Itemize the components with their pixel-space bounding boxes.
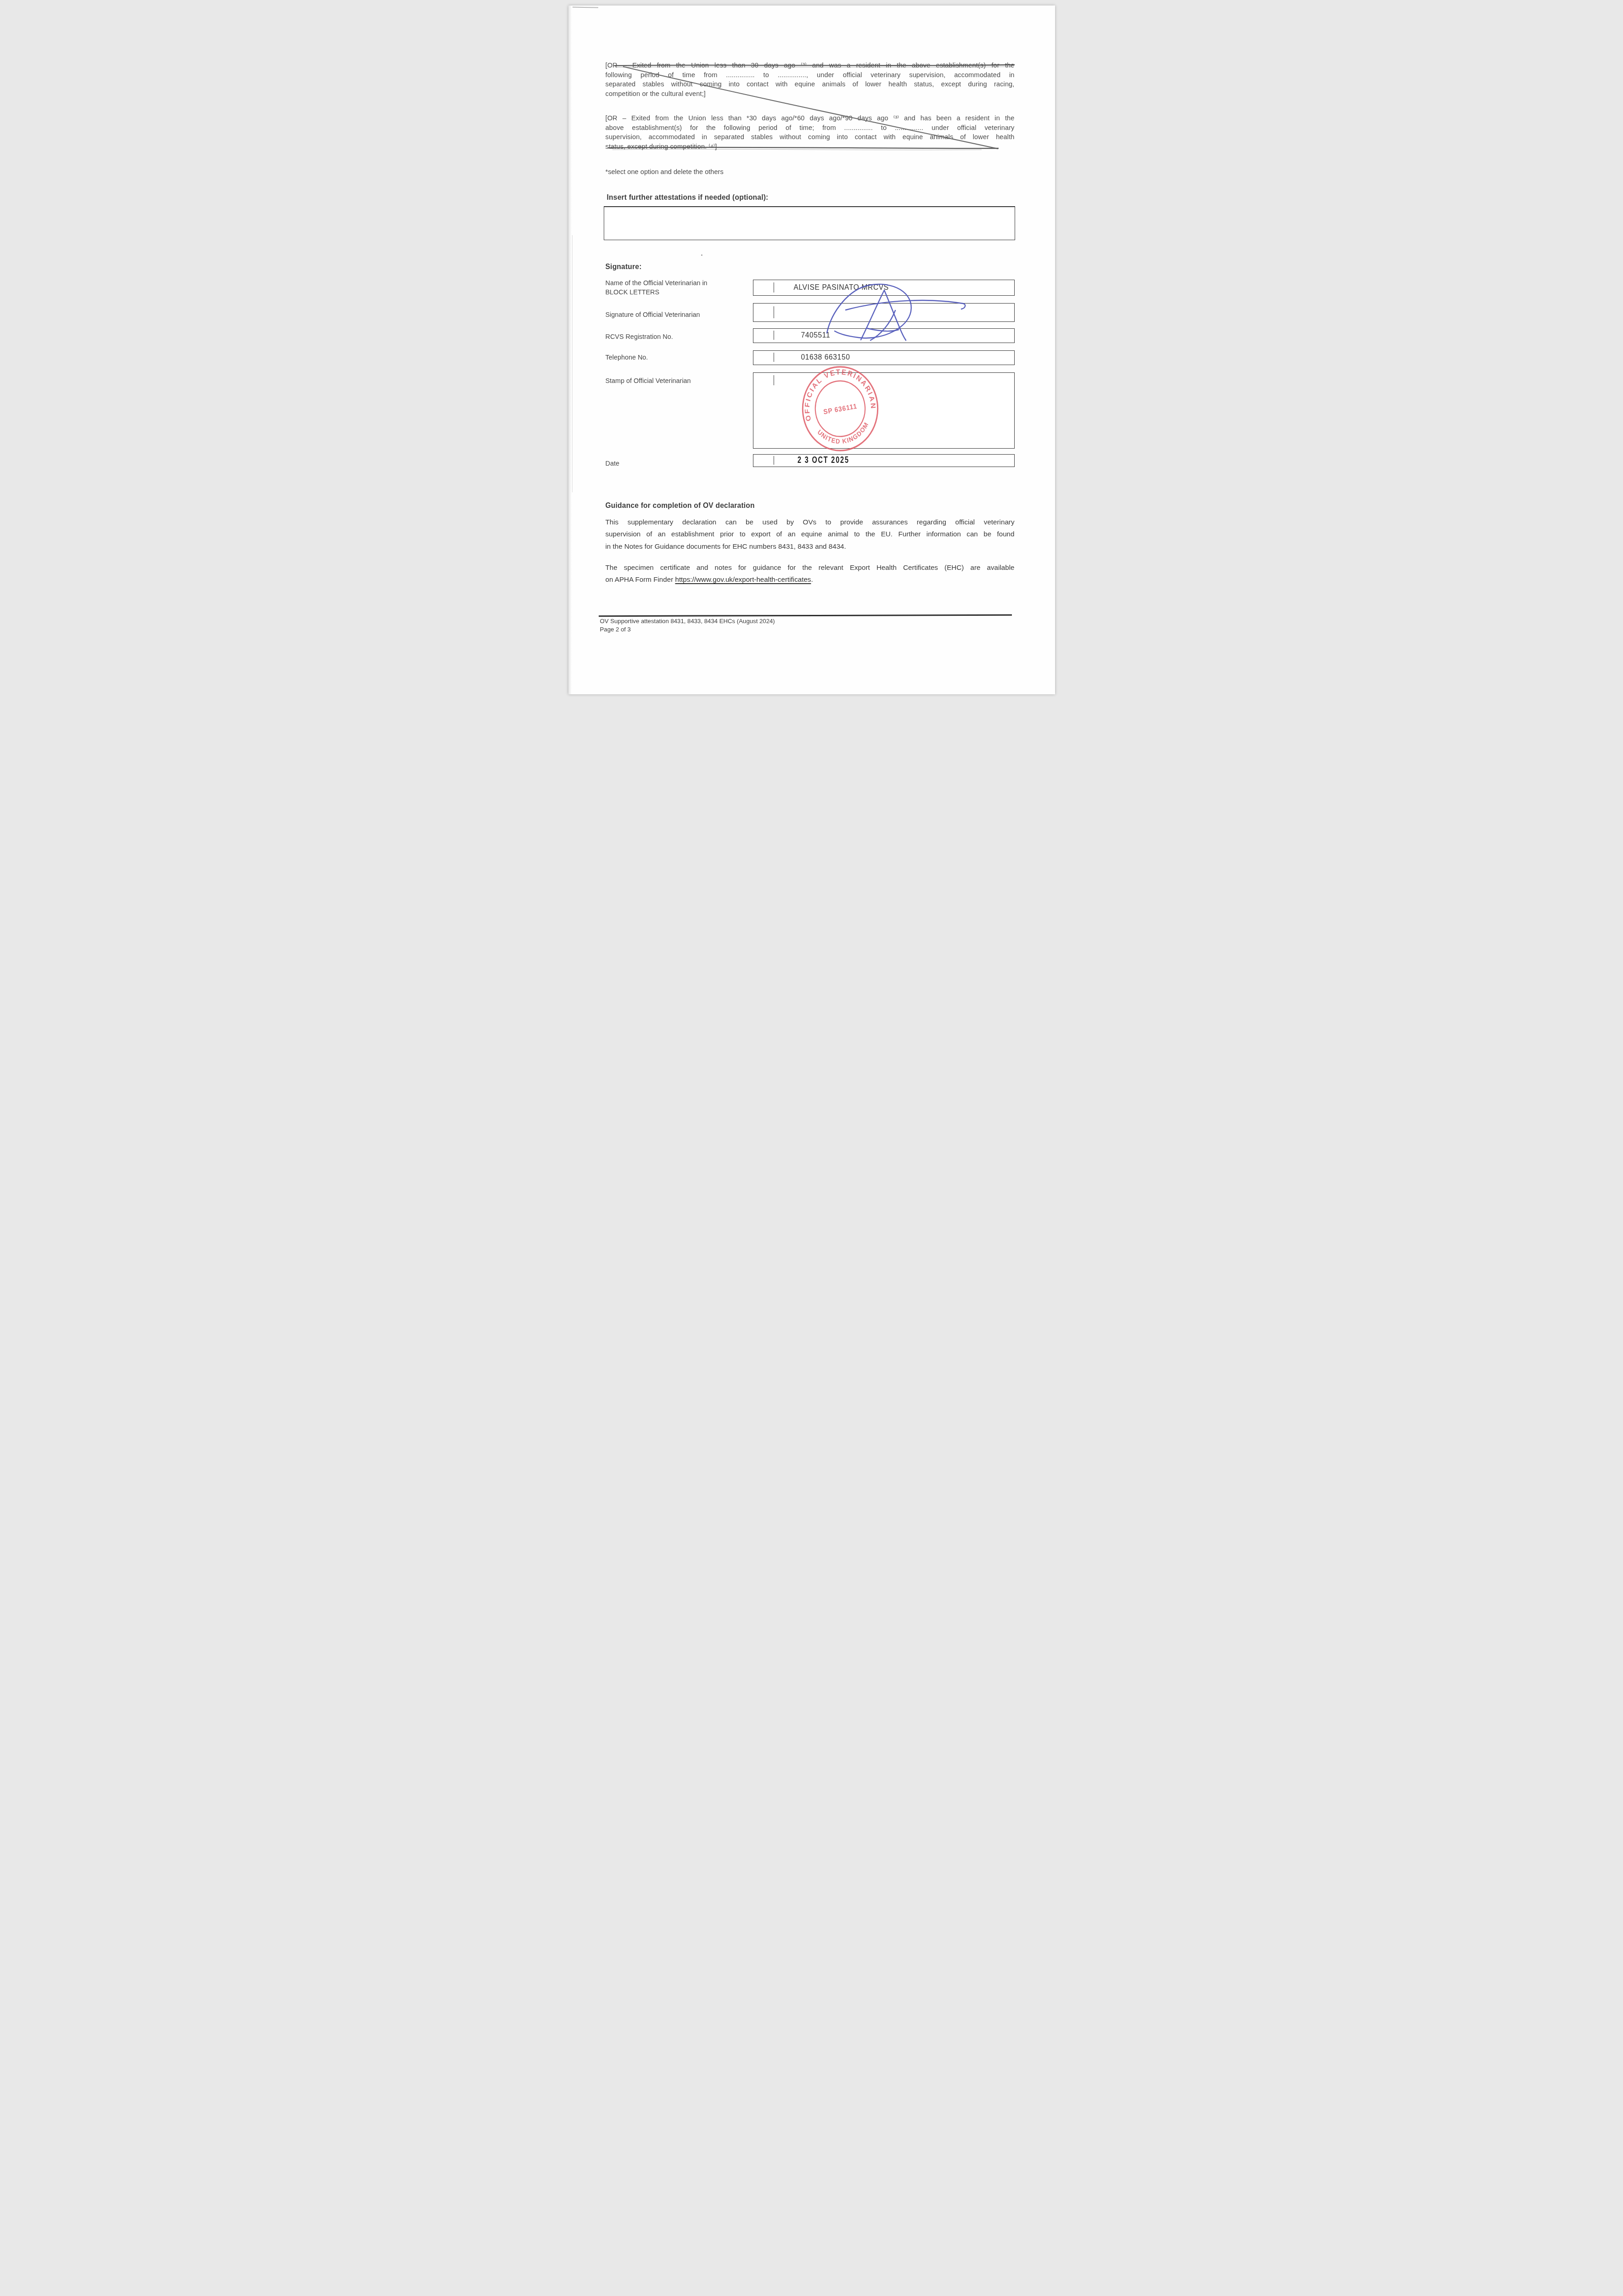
text-line: status, except during competition. ⁽⁴⁾] xyxy=(606,142,1015,152)
pen-annotations-overlay xyxy=(568,6,1055,694)
box-tick-mark xyxy=(774,331,775,340)
name-value: ALVISE PASINATO MRCVS xyxy=(794,284,889,292)
rcvs-input-box[interactable]: 7405511 xyxy=(753,328,1015,343)
box-tick-mark xyxy=(774,306,775,318)
specimen-paragraph: The specimen certificate and notes for g… xyxy=(606,562,1015,586)
text-line: following period of time from ..........… xyxy=(606,71,1015,80)
box-tick-mark xyxy=(774,375,775,385)
attestation-option-1: [OR – Exited from the Union less than 30… xyxy=(606,61,1015,99)
date-input-box[interactable]: 2 3 OCT 2025 xyxy=(753,454,1015,467)
footer-doc-reference: OV Supportive attestation 8431, 8433, 84… xyxy=(600,618,775,625)
date-label: Date xyxy=(606,459,753,468)
text-line: supervision of an establishment prior to… xyxy=(606,529,1015,540)
name-label-line2: BLOCK LETTERS xyxy=(606,289,660,296)
scan-edge-line xyxy=(572,235,573,492)
telephone-label: Telephone No. xyxy=(606,353,753,362)
document-page: [OR – Exited from the Union less than 30… xyxy=(568,6,1055,694)
export-health-certificates-link[interactable]: https://www.gov.uk/export-health-certifi… xyxy=(675,576,811,584)
signature-label: Signature of Official Veterinarian xyxy=(606,310,753,320)
signature-section-heading: Signature: xyxy=(606,263,642,271)
footer-rule xyxy=(598,614,1011,617)
box-tick-mark xyxy=(774,282,775,293)
name-label-line1: Name of the Official Veterinarian in xyxy=(606,280,708,287)
guidance-paragraph: This supplementary declaration can be us… xyxy=(606,517,1015,553)
further-attestations-input-box[interactable] xyxy=(604,206,1015,240)
name-label: Name of the Official Veterinarian in BLO… xyxy=(606,279,753,297)
specimen-line2: on APHA Form Finder https://www.gov.uk/e… xyxy=(606,574,1015,586)
select-option-note: *select one option and delete the others xyxy=(606,169,724,176)
rcvs-label: RCVS Registration No. xyxy=(606,332,753,342)
box-tick-mark xyxy=(774,353,775,362)
guidance-heading: Guidance for completion of OV declaratio… xyxy=(606,502,755,510)
signature-input-box[interactable] xyxy=(753,303,1015,322)
scan-dot xyxy=(701,254,702,256)
text-line: above establishment(s) for the following… xyxy=(606,124,1015,133)
text-line: supervision, accommodated in separated s… xyxy=(606,133,1015,142)
specimen-line2-suffix: . xyxy=(811,576,813,584)
specimen-line2-prefix: on APHA Form Finder xyxy=(606,576,675,584)
rcvs-value: 7405511 xyxy=(801,332,831,340)
name-input-box[interactable]: ALVISE PASINATO MRCVS xyxy=(753,280,1015,296)
text-line: in the Notes for Guidance documents for … xyxy=(606,541,1015,553)
text-line: separated stables without coming into co… xyxy=(606,80,1015,90)
attestation-option-2: [OR – Exited from the Union less than *3… xyxy=(606,114,1015,152)
text-line: [OR – Exited from the Union less than *3… xyxy=(606,114,1015,124)
specimen-line1: The specimen certificate and notes for g… xyxy=(606,562,1015,574)
scan-smudge xyxy=(572,7,598,8)
text-line: This supplementary declaration can be us… xyxy=(606,517,1015,529)
further-attestations-heading: Insert further attestations if needed (o… xyxy=(607,194,769,202)
text-line: competition or the cultural event;] xyxy=(606,90,1015,99)
date-stamp-value: 2 3 OCT 2025 xyxy=(797,455,849,466)
telephone-value: 01638 663150 xyxy=(801,354,850,362)
text-line: [OR – Exited from the Union less than 30… xyxy=(606,61,1015,71)
stamp-input-box[interactable] xyxy=(753,372,1015,449)
telephone-input-box[interactable]: 01638 663150 xyxy=(753,350,1015,365)
footer-page-indicator: Page 2 of 3 xyxy=(600,626,631,633)
stamp-label: Stamp of Official Veterinarian xyxy=(606,377,753,386)
box-tick-mark xyxy=(774,456,775,465)
scan-edge-artifact xyxy=(568,6,572,694)
